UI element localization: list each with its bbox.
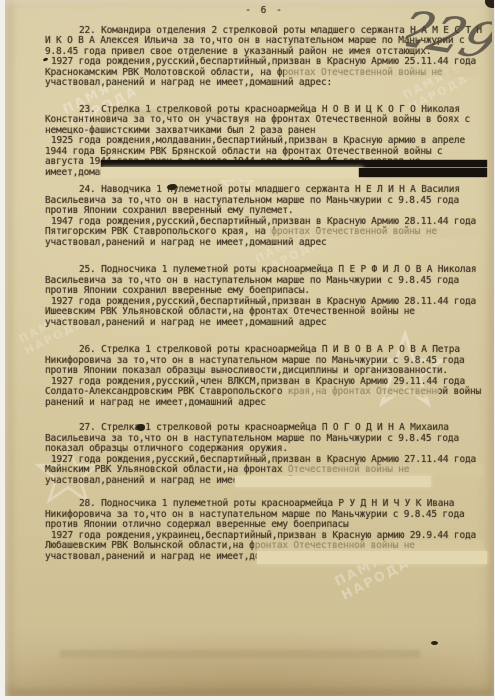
redaction-bar xyxy=(257,551,487,564)
document-page: ПАМЯТЬНАРОДА ПАМЯТЬНАРОДА ПАМЯТЬНАРОДА П… xyxy=(5,0,494,696)
ink-spot xyxy=(431,641,438,645)
service-record-paragraph: 1927 года рождения,русский,беспартийный,… xyxy=(45,297,484,329)
erased-area xyxy=(269,228,484,238)
redaction-bar xyxy=(101,167,363,178)
citation-paragraph: 24. Наводчика 1 пулеметной роты младшего… xyxy=(45,185,484,217)
citation-entry-28: 28. Подносчика 1 пулеметной роты красноа… xyxy=(45,499,484,562)
erased-area xyxy=(254,540,484,550)
svg-text:229: 229 xyxy=(406,1,492,71)
redaction-bar xyxy=(101,160,487,167)
erased-area xyxy=(289,387,439,397)
erased-area xyxy=(284,465,484,475)
redaction-bar xyxy=(359,168,487,177)
citation-paragraph: 25. Подносчика 1 пулеметной роты красноа… xyxy=(45,265,484,297)
citation-paragraph: 28. Подносчика 1 пулеметной роты красноа… xyxy=(45,499,484,531)
ink-blot xyxy=(136,424,145,431)
citation-entry-25: 25. Подносчика 1 пулеметной роты красноа… xyxy=(45,265,484,328)
bleed-through-smudge xyxy=(60,650,420,658)
citation-paragraph: 27. Стрелка 1 стрелковой роты красноарме… xyxy=(45,423,484,455)
citation-entry-26: 26. Стрелка 1 стрелковой роты красноарме… xyxy=(45,345,484,408)
typewritten-text-column: - 6 - 22. Командира отделения 2 стрелков… xyxy=(45,6,484,562)
citation-paragraph: 26. Стрелка 1 стрелковой роты красноарме… xyxy=(45,345,484,377)
citation-entry-27: 27. Стрелка 1 стрелковой роты красноарме… xyxy=(45,423,484,486)
document-scan: ПАМЯТЬНАРОДА ПАМЯТЬНАРОДА ПАМЯТЬНАРОДА П… xyxy=(0,0,495,700)
citation-entry-24: 24. Наводчика 1 пулеметной роты младшего… xyxy=(45,185,484,248)
redaction-bar xyxy=(235,476,431,487)
handwritten-page-number: 229 xyxy=(406,0,492,72)
bleed-through-smudge xyxy=(105,110,225,116)
